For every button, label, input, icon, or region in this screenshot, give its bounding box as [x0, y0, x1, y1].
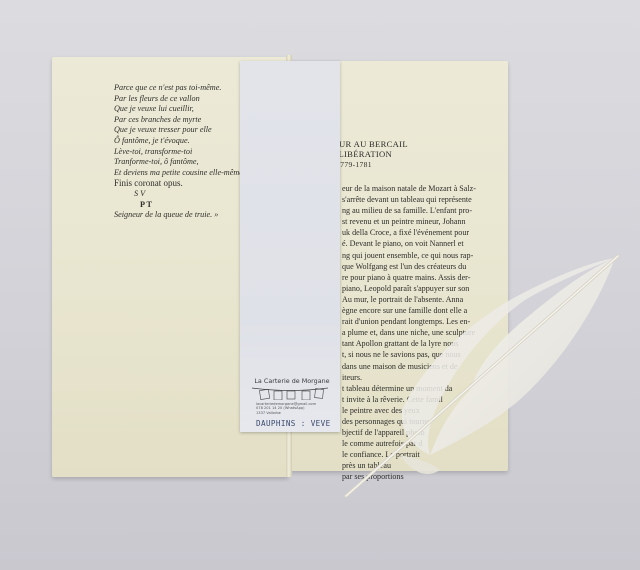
bookmark-contact: lacarteriedemorgane@gmail.com 078 201 14… [256, 402, 336, 415]
prose-line: eur de la maison natale de Mozart à Salz… [342, 183, 514, 194]
prose-line: s'arrête devant un tableau qui représent… [342, 194, 514, 205]
prose-line: st revenu et un peintre mineur, Johann [342, 216, 514, 227]
prose-line: ng au milieu de sa famille. L'enfant pro… [342, 205, 514, 216]
bookmark-brand: La Carterie de Morgane [248, 377, 336, 385]
feather-icon [330, 240, 630, 510]
bookmark: La Carterie de Morgane lacarteriedemorga… [240, 61, 340, 432]
contact-city: 1337 Vallorbe [256, 411, 336, 415]
clothesline-cards-icon [250, 386, 330, 400]
handwritten-note: DAUPHINS : VEVE [256, 419, 340, 428]
prose-line: uk della Croce, a fixé l'événement pour [342, 227, 514, 238]
